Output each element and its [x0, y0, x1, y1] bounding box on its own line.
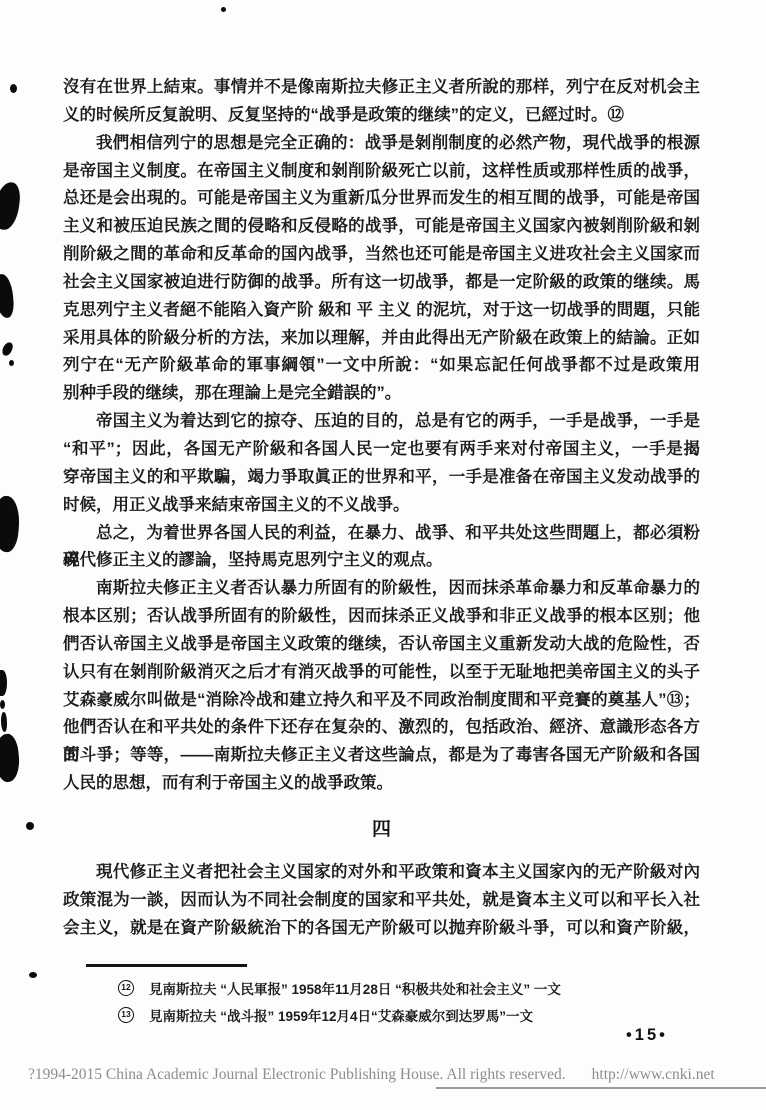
ink-smudge	[1, 712, 7, 732]
section-four-text-block: 現代修正主义者把社会主义国家的对外和平政策和資本主义国家內的无产阶級对內政策混为…	[63, 859, 700, 943]
body-text-block: 沒有在世界上結束。事情并不是像南斯拉夫修正主义者所說的那样，列宁在反对机会主义的…	[63, 74, 700, 798]
footnote-row: 12見南斯拉夫 “人民軍报” 1958年11月28日 “积极共处和社会主义” 一…	[118, 974, 678, 1001]
footnote-text: 見南斯拉夫 “人民軍报” 1958年11月28日 “积极共处和社会主义” 一文	[149, 978, 561, 998]
body-text-line: 会主义，就是在資产阶級統治下的各国无产阶級可以抛弃阶級斗爭，可以和資产阶級，	[63, 915, 700, 943]
body-text-line: 政策混为一談，因而认为不同社会制度的国家和平共处，就是資本主义可以和平长入社	[63, 887, 700, 915]
ink-smudge	[0, 495, 21, 553]
body-text-line: 列宁在“无产阶級革命的軍事綱領”一文中所說：“如果忘記任何战爭都不过是政策用	[63, 352, 700, 380]
body-text-line: 現代修正主义者把社会主义国家的对外和平政策和資本主义国家內的无产阶級对內	[63, 859, 700, 887]
ink-smudge	[10, 84, 17, 93]
body-text-line: 社会主义国家被迫进行防御的战爭。所有这一切战爭，都是一定阶級的政策的继续。馬	[63, 269, 700, 297]
ink-smudge	[0, 700, 5, 709]
ink-smudge	[221, 7, 226, 12]
section-heading: 四	[63, 814, 700, 841]
body-text-line: 南斯拉夫修正主义者否认暴力所固有的阶級性，因而抹杀革命暴力和反革命暴力的	[63, 575, 700, 603]
ink-smudge	[0, 670, 7, 696]
body-text-line: 根本区别；否认战爭所固有的阶級性，因而抹杀正义战爭和非正义战爭的根本区别；他	[63, 603, 700, 631]
body-text-line: 别种手段的继续，那在理論上是完全錯誤的”。	[63, 380, 700, 408]
footnotes-block: 12見南斯拉夫 “人民軍报” 1958年11月28日 “积极共处和社会主义” 一…	[118, 974, 678, 1028]
footnote-row: 13見南斯拉夫 “战斗报” 1959年12月4日“艾森豪威尔到达罗馬”一文	[118, 1001, 678, 1028]
footnote-separator-rule	[86, 964, 247, 967]
body-text-line: 削阶級之間的革命和反革命的国內战爭，当然也还可能是帝国主义进攻社会主义国家而	[63, 241, 700, 269]
body-text-line: 沒有在世界上結束。事情并不是像南斯拉夫修正主义者所說的那样，列宁在反对机会主	[63, 74, 700, 102]
page-number: •15•	[626, 1026, 668, 1045]
ink-smudge	[29, 972, 37, 978]
footer-url-link[interactable]: http://www.cnki.net	[592, 1066, 715, 1084]
ink-smudge	[0, 733, 21, 783]
ink-smudge	[1, 341, 14, 357]
body-text-line: “和平”；因此，各国无产阶級和各国人民一定也要有两手来对付帝国主义，一手是揭	[63, 436, 700, 464]
body-text-line: 他們否认在和平共处的条件下还存在复杂的、激烈的，包括政治、經济、意識形态各方面	[63, 714, 700, 742]
body-text-line: 总还是会出現的。可能是帝国主义为重新瓜分世界而发生的相互間的战爭，可能是帝国	[63, 185, 700, 213]
body-text-line: 总之，为着世界各国人民的利益，在暴力、战爭、和平共处这些問題上，都必須粉碎	[63, 520, 700, 548]
body-text-line: 的斗爭；等等，——南斯拉夫修正主义者这些論点，都是为了毒害各国无产阶級和各国	[63, 742, 700, 770]
body-text-line: 认只有在剝削阶級消灭之后才有消灭战爭的可能性，以至于无耻地把美帝国主义的头子	[63, 659, 700, 687]
body-text-line: 艾森豪威尔叫做是“消除冷战和建立持久和平及不同政治制度間和平竞賽的奠基人”⑬；	[63, 687, 700, 715]
body-text-line: 帝国主义为着达到它的掠夺、压迫的目的，总是有它的两手，一手是战爭，一手是	[63, 408, 700, 436]
body-text-line: 克思列宁主义者絕不能陷入資产阶 級和 平 主义 的泥坑，对于这一切战爭的問題，只…	[63, 297, 700, 325]
footnote-text: 見南斯拉夫 “战斗报” 1959年12月4日“艾森豪威尔到达罗馬”一文	[149, 1005, 533, 1025]
footnote-circled-number: 13	[118, 1007, 134, 1023]
ink-smudge	[0, 181, 22, 232]
footer-copyright-text: ?1994-2015 China Academic Journal Electr…	[28, 1066, 566, 1084]
footnote-circled-number: 12	[118, 980, 134, 996]
footer-underline-rule	[436, 1087, 766, 1089]
body-text-line: 穿帝国主义的和平欺騙，竭力爭取眞正的世界和平，一手是准备在帝国主义发动战爭的	[63, 464, 700, 492]
body-text-line: 采用具体的阶級分析的方法，来加以理解，并由此得出无产阶級在政策上的結論。正如	[63, 325, 700, 353]
body-text-line: 我們相信列宁的思想是完全正确的：战爭是剝削制度的必然产物，現代战爭的根源	[63, 130, 700, 158]
body-text-line: 人民的思想，而有利于帝国主义的战爭政策。	[63, 770, 700, 798]
ink-smudge	[26, 822, 34, 830]
body-text-line: 們否认帝国主义战爭是帝国主义政策的继续，否认帝国主义重新发动大战的危险性，否	[63, 631, 700, 659]
scanned-journal-page: 沒有在世界上結束。事情并不是像南斯拉夫修正主义者所說的那样，列宁在反对机会主义的…	[0, 0, 766, 1110]
body-text-line: 現代修正主义的謬論，坚持馬克思列宁主义的观点。	[63, 547, 700, 575]
ink-smudge	[9, 360, 14, 366]
body-text-line: 义的时候所反复說明、反复坚持的“战爭是政策的继续”的定义，已經过时。⑫	[63, 102, 700, 130]
body-text-line: 主义和被压迫民族之間的侵略和反侵略的战爭，可能是帝国主义国家內被剝削阶級和剝	[63, 213, 700, 241]
body-text-line: 是帝国主义制度。在帝国主义制度和剝削阶級死亡以前，这样性质或那样性质的战爭，	[63, 158, 700, 186]
body-text-line: 时候，用正义战爭来結束帝国主义的不义战爭。	[63, 492, 700, 520]
ink-smudge	[0, 273, 15, 318]
cnki-footer: ?1994-2015 China Academic Journal Electr…	[28, 1066, 766, 1084]
